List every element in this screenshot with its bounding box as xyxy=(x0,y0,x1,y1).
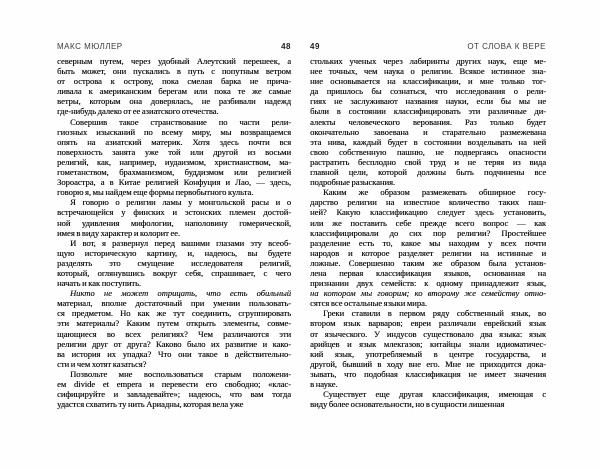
text-line: от острова к острову, пока смелая барка … xyxy=(57,76,291,86)
text-line: гиозных изысканий по всему миру, мы возв… xyxy=(57,127,291,137)
text-line: Греки ставили в первом ряду собственный … xyxy=(310,308,546,318)
left-page-number: 48 xyxy=(281,42,291,51)
text-line: ем divide et empera и перевести его своб… xyxy=(57,379,291,389)
text-line: разделять это смущение исследователя рел… xyxy=(57,258,291,268)
text-line: на котором мы говорим; ко второму же сем… xyxy=(310,288,546,298)
text-line: северным путем, через удобный Алеутский … xyxy=(57,56,291,66)
right-page: 49 ОТ СЛОВА К ВЕРЕ стольких ученых через… xyxy=(310,0,546,469)
left-page-text: северным путем, через удобный Алеутский … xyxy=(57,56,291,469)
text-line: сятся все остальные языки мира. xyxy=(310,298,546,308)
text-line: арийцев и язык млекгазов; китайцы знали … xyxy=(310,339,546,349)
text-line: материал, вполне достаточный при умении … xyxy=(57,298,291,308)
text-line: ливала к американским берегам или пока т… xyxy=(57,86,291,96)
text-line: Каким же образом размежевать обширное го… xyxy=(310,187,546,197)
text-line: алекты человеческого верования. Раз толь… xyxy=(310,117,546,127)
text-line: И вот, я развернул перед вашими глазами … xyxy=(57,238,291,248)
text-line: опять на азиатский материк. Хотя здесь п… xyxy=(57,137,291,147)
text-line: быть может, они пускались в путь с попут… xyxy=(57,66,291,76)
text-line: говорю я, мы найдем еще формы первобытно… xyxy=(57,187,291,197)
text-line: зывать, что подобная классификация не им… xyxy=(310,369,546,379)
text-line: от языческого. У индусов существовало дв… xyxy=(310,329,546,339)
text-line: щающиеся во всех религиях? Чем различают… xyxy=(57,329,291,339)
text-line: ной удивления мифологии, наполовину гоме… xyxy=(57,218,291,228)
text-line: эти материалы? Каким путем открыть элеме… xyxy=(57,318,291,328)
text-line: где-нибудь далеко от ее азиатского отече… xyxy=(57,106,291,116)
paragraph: Греки ставили в первом ряду собственный … xyxy=(310,308,546,389)
text-line: сти и чем хотят казаться? xyxy=(57,359,291,369)
text-line: ся предметом. Но как же тут соединить, с… xyxy=(57,308,291,318)
text-line: поверхность занята уже той или другой из… xyxy=(57,147,291,157)
running-title-left: МАКС МЮЛЛЕР xyxy=(57,42,123,51)
book-spread: МАКС МЮЛЛЕР 48 северным путем, через удо… xyxy=(0,0,600,469)
paragraph: Каким же образом размежевать обширное го… xyxy=(310,187,546,308)
paragraph: Никто не может отрицать, что есть обильн… xyxy=(57,288,291,369)
right-page-text: стольких ученых через лабиринты других н… xyxy=(310,56,546,469)
text-line: ние основывается на классификации, и мне… xyxy=(310,76,546,86)
text-line: который, оглянувшись вокруг себя, спраши… xyxy=(57,268,291,278)
text-line: ложные. Совершенно таким же образом была… xyxy=(310,258,546,268)
text-line: Позвольте мне воспользоваться старым пол… xyxy=(57,369,291,379)
text-line: признании двух семейств: к одному принад… xyxy=(310,278,546,288)
text-line: ветры, которым она доверялась, не разбив… xyxy=(57,96,291,106)
text-line: дарство религии на известное количество … xyxy=(310,197,546,207)
text-line: или же поставить себе прежде всего вопро… xyxy=(310,218,546,228)
text-line: Совершив такое странствование по части р… xyxy=(57,117,291,127)
text-line: Зороастра, а в Китае религией Конфуция и… xyxy=(57,177,291,187)
text-line: нее точных, чем наука о религии. Всякое … xyxy=(310,66,546,76)
text-line: народов и которое разделяет религии на и… xyxy=(310,248,546,258)
paragraph: Я говорю о религии ламы у монгольской ра… xyxy=(57,197,291,237)
paragraph: Существует еще другая классификация, име… xyxy=(310,389,546,409)
running-title-right: ОТ СЛОВА К ВЕРЕ xyxy=(467,42,546,51)
text-line: ва история их упадка? Что они такое в де… xyxy=(57,349,291,359)
text-line: подробные разыскания. xyxy=(310,177,546,187)
right-running-head: 49 ОТ СЛОВА К ВЕРЕ xyxy=(310,42,546,53)
text-line: свою собственную пашню, не подвергаясь о… xyxy=(310,147,546,157)
text-line: в науке. xyxy=(310,379,546,389)
text-line: щую историческую картину, и, надеюсь, вы… xyxy=(57,248,291,258)
text-line: сифицируйте и завладевайте»; надеюсь, чт… xyxy=(57,389,291,399)
text-line: удастся схватить ту нить Ариадны, котора… xyxy=(57,399,291,409)
text-line: имея в виду характер и колорит ее. xyxy=(57,228,291,238)
text-line: начать и как поступить. xyxy=(57,278,291,288)
text-line: эта нива, каждый будет в состоянии возде… xyxy=(310,137,546,147)
text-line: религии друг от друга? Каково было их ра… xyxy=(57,339,291,349)
text-line: втором язык варваров; евреи различали ев… xyxy=(310,318,546,328)
left-page: МАКС МЮЛЛЕР 48 северным путем, через удо… xyxy=(57,0,291,469)
paragraph: стольких ученых через лабиринты других н… xyxy=(310,56,546,187)
text-line: растратить бесплодно свой труд и не теря… xyxy=(310,157,546,167)
paragraph: Совершив такое странствование по части р… xyxy=(57,117,291,198)
text-line: классифицировали до сих пор религии? Про… xyxy=(310,228,546,238)
text-line: кий язык, употребляемый в центре государ… xyxy=(310,349,546,359)
text-line: лена первая классификация языков, основа… xyxy=(310,268,546,278)
right-page-number: 49 xyxy=(310,42,320,51)
text-line: Я говорю о религии ламы у монгольской ра… xyxy=(57,197,291,207)
text-line: ней? Какую классификацию следует здесь у… xyxy=(310,207,546,217)
paragraph: И вот, я развернул перед вашими глазами … xyxy=(57,238,291,288)
text-line: встречающейся у финских и эстонских плем… xyxy=(57,207,291,217)
text-line: другой, бывший в ходу вне его. Мне не пр… xyxy=(310,359,546,369)
text-line: были в состоянии классифицировать эти ра… xyxy=(310,106,546,116)
text-line: гиях не заслуживают названия науки, если… xyxy=(310,96,546,106)
paragraph: Позвольте мне воспользоваться старым пол… xyxy=(57,369,291,409)
text-line: Существует еще другая классификация, име… xyxy=(310,389,546,399)
left-running-head: МАКС МЮЛЛЕР 48 xyxy=(57,42,291,53)
paragraph: северным путем, через удобный Алеутский … xyxy=(57,56,291,117)
text-line: главной цели, которой должны быть подчин… xyxy=(310,167,546,177)
text-line: стольких ученых через лабиринты других н… xyxy=(310,56,546,66)
text-line: гометанством, брахманизмом, буддизмом ил… xyxy=(57,167,291,177)
text-line: разделение есть то, какое мы находим у в… xyxy=(310,238,546,248)
text-line: виду более основательности, но в сущност… xyxy=(310,399,546,409)
text-line: да пришлось бы сознаться, что исследован… xyxy=(310,86,546,96)
text-line: окончательно завоевана и старательно раз… xyxy=(310,127,546,137)
text-line: Никто не может отрицать, что есть обильн… xyxy=(57,288,291,298)
text-line: религий, как, например, иудаизмом, христ… xyxy=(57,157,291,167)
